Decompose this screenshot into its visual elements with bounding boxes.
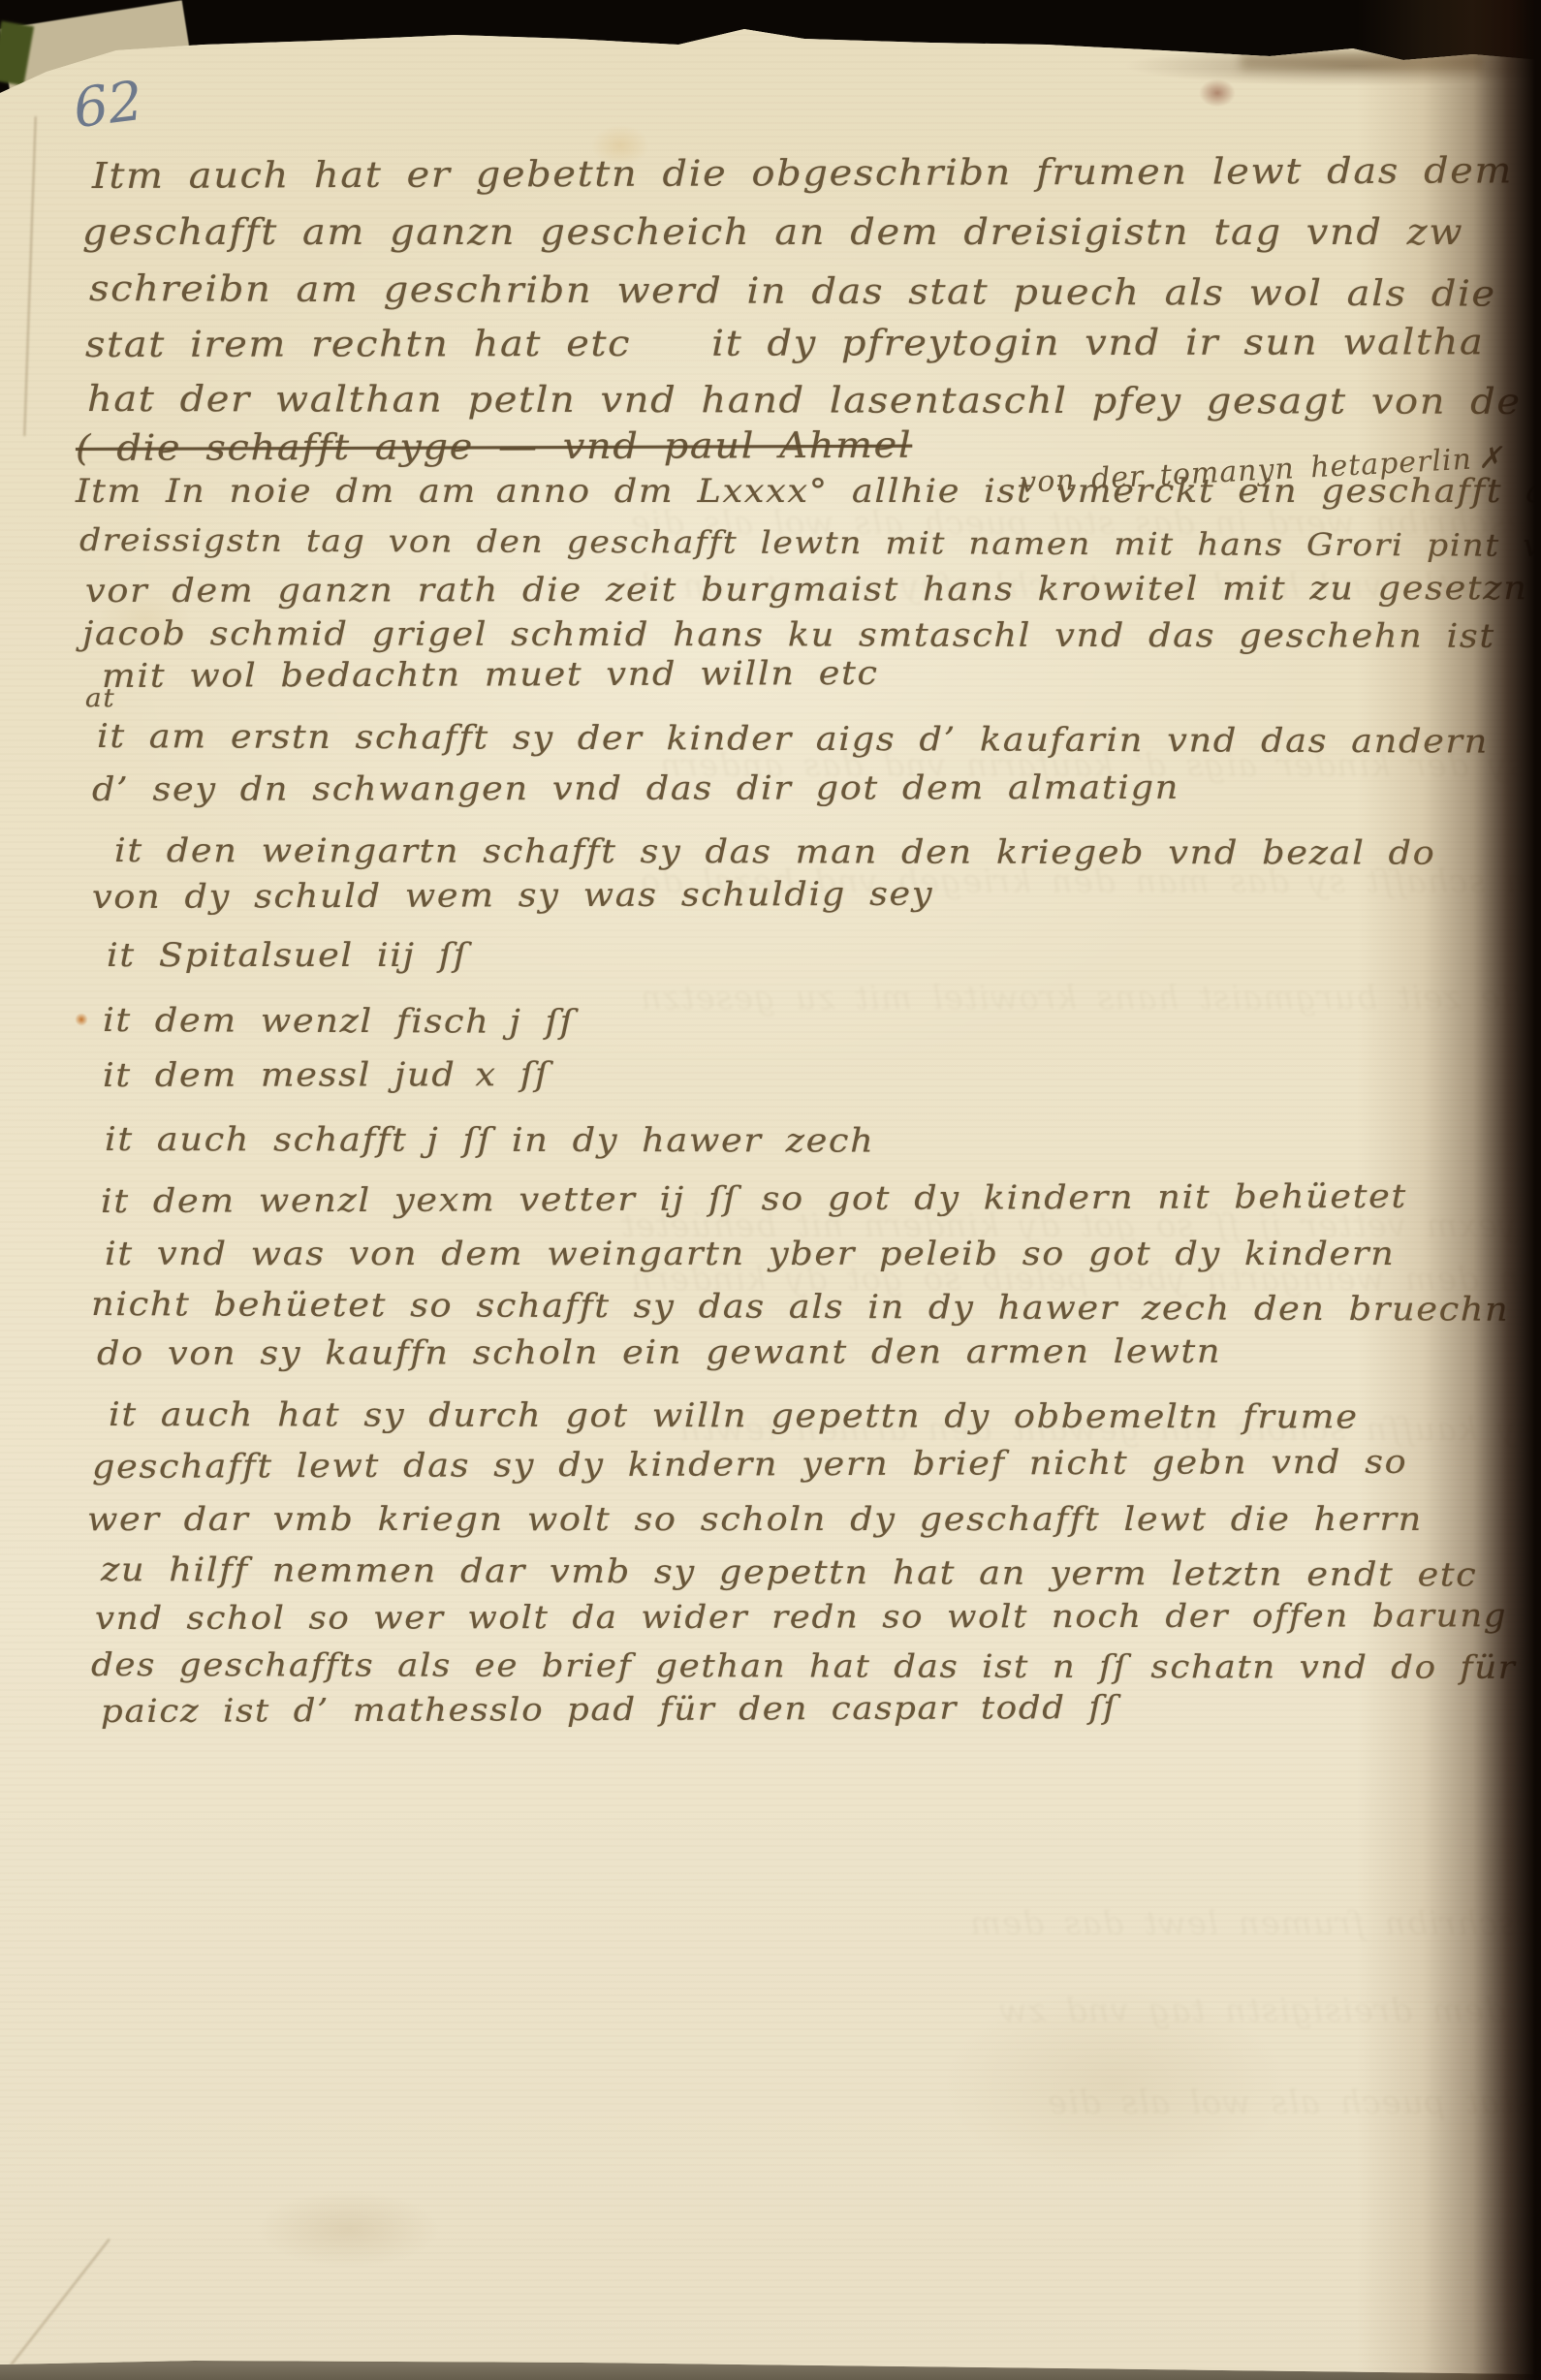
margin-note-x-mark: ✗	[1477, 441, 1504, 476]
manuscript-line: paicz ist d’ mathesslo pad für den caspa…	[101, 1688, 1117, 1730]
show-through-line: Itm auch hat er gebettn die obgeschribn …	[969, 1904, 1541, 1943]
paper-crease	[4, 2239, 110, 2373]
folio-number: 62	[70, 70, 146, 141]
manuscript-line: nicht behüetet so schafft sy das als in …	[91, 1285, 1510, 1330]
manuscript-line: it dem wenzl yexm vetter ij ſſ so got dy…	[101, 1177, 1407, 1221]
manuscript-line: it Spitalsuel iij ſſ	[107, 936, 468, 975]
manuscript-scan: 62 schreibn am geschribn werd in das sta…	[0, 0, 1541, 2380]
manuscript-line: vnd schol so wer wolt da wider redn so w…	[95, 1596, 1507, 1637]
manuscript-line: d’ sey dn schwangen vnd das dir got dem …	[92, 768, 1179, 809]
show-through-line: schreibn am geschribn werd in das stat p…	[1047, 2083, 1541, 2122]
manuscript-line: des geschaffts als ee brief gethan hat d…	[91, 1645, 1517, 1686]
manuscript-line: Itm auch hat er gebettn die obgeschribn …	[92, 149, 1513, 197]
manuscript-line: mit wol bedachtn muet vnd willn etc	[102, 654, 879, 696]
manuscript-line: do von sy kauffn scholn ein gewant den a…	[97, 1332, 1221, 1373]
manuscript-line: stat irem rechtn hat etc it dy pfreytogi…	[85, 321, 1485, 365]
manuscript-line: ( die schafft ayge — vnd paul Ahmel	[76, 424, 912, 469]
manuscript-line: it auch hat sy durch got willn gepettn d…	[109, 1395, 1359, 1437]
manuscript-line: hat der walthan petln vnd hand lasentasc…	[87, 378, 1522, 423]
edge-smudge	[1241, 52, 1483, 70]
manuscript-line: it dem messl jud x ſſ	[103, 1055, 550, 1095]
manuscript-line: geschafft am ganzn gescheich an dem drei…	[82, 211, 1463, 253]
manuscript-line: schreibn am geschribn werd in das stat p…	[89, 267, 1496, 315]
show-through-line: vor dem ganzn rath die zeit burgmaist ha…	[640, 979, 1541, 1018]
manuscript-line: dreissigstn tag von den geschafft lewtn …	[79, 521, 1541, 565]
manuscript-page: 62 schreibn am geschribn werd in das sta…	[0, 0, 1541, 2380]
manuscript-line: geschafft lewt das sy dy kindern yern br…	[92, 1443, 1408, 1487]
show-through-line: geschafft am ganzn gescheich an dem drei…	[998, 1991, 1541, 2030]
manuscript-line: von dy schuld wem sy was schuldig sey	[92, 875, 933, 917]
manuscript-line: zu hilff nemmen dar vmb sy gepettn hat a…	[101, 1550, 1478, 1595]
manuscript-line: at	[85, 684, 115, 713]
manuscript-line: jacob schmid grigel schmid hans ku smtas…	[82, 614, 1495, 656]
manuscript-line: wer dar vmb kriegn wolt so scholn dy ges…	[87, 1500, 1423, 1539]
manuscript-line: it dem wenzl fisch j ſſ	[103, 1001, 575, 1042]
manuscript-line: vor dem ganzn rath die zeit burgmaist ha…	[85, 569, 1528, 611]
manuscript-line: it am erstn schafft sy der kinder aigs d…	[97, 717, 1489, 762]
paper-crease	[23, 116, 37, 436]
manuscript-line: it vnd was von dem weingartn yber peleib…	[105, 1235, 1395, 1273]
manuscript-line: it auch schafft j ſſ in dy hawer zech	[105, 1120, 874, 1161]
manuscript-line: it den weingartn schafft sy das man den …	[114, 831, 1436, 873]
